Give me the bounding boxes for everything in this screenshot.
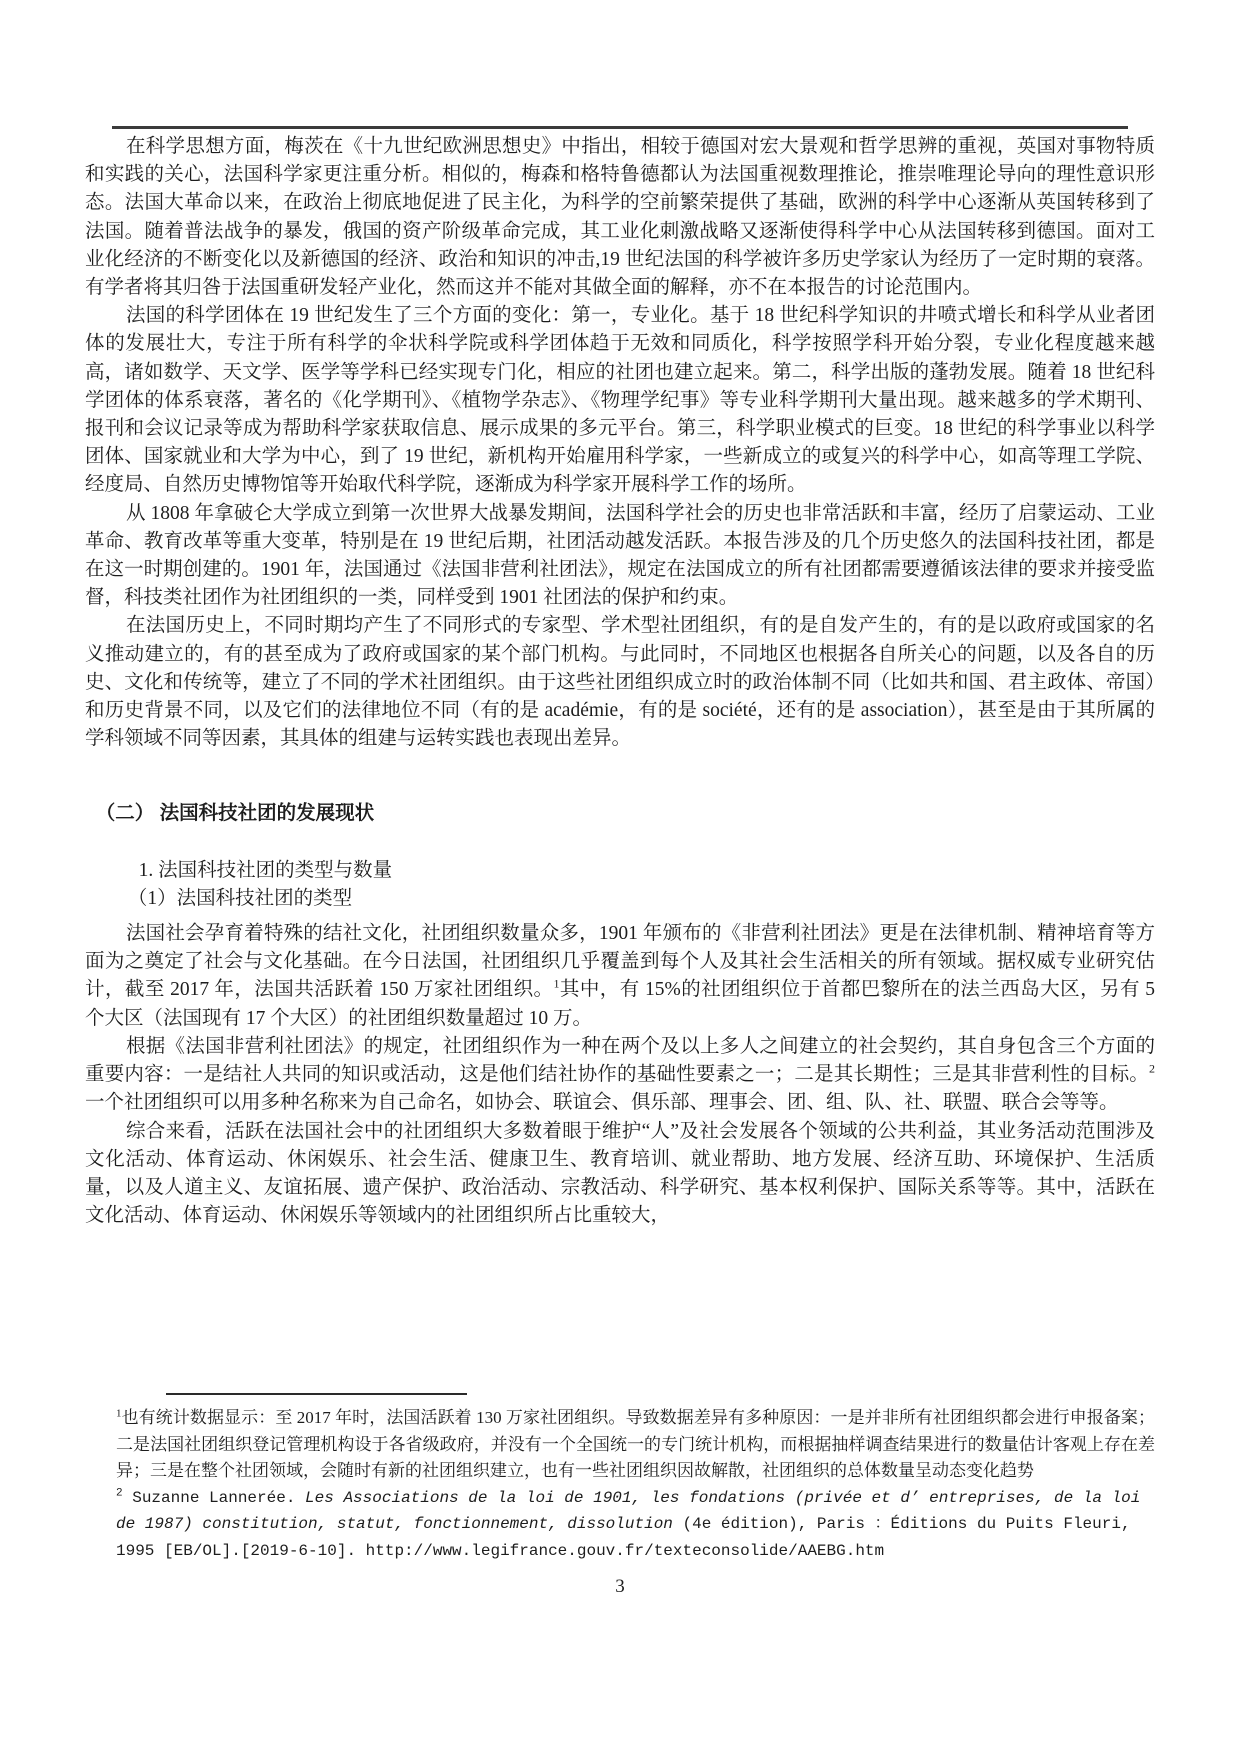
paragraph-1808-history: 从 1808 年拿破仑大学成立到第一次世界大战暴发期间，法国科学社会的历史也非常… [85,500,1155,613]
footnote-1-text: 也有统计数据显示：至 2017 年时，法国活跃着 130 万家社团组织。导致数据… [116,1408,1155,1480]
footnote-1: 1也有统计数据显示：至 2017 年时，法国活跃着 130 万家社团组织。导致数… [116,1405,1155,1485]
paragraph-three-changes: 法国的科学团体在 19 世纪发生了三个方面的变化：第一，专业化。基于 18 世纪… [85,302,1155,499]
paragraph-association-culture: 法国社会孕育着特殊的结社文化，社团组织数量众多，1901 年颁布的《非营利社团法… [85,920,1155,1033]
header-rule [112,126,1128,129]
footnote-ref-2: 2 [1149,1062,1155,1076]
document-page: 在科学思想方面，梅茨在《十九世纪欧洲思想史》中指出，相较于德国对宏大景观和哲学思… [0,0,1240,1753]
list-item-types: （1）法国科技社团的类型 [85,885,1155,913]
paragraph-overview-domains: 综合来看，活跃在法国社会中的社团组织大多数着眼于维护“人”及社会发展各个领域的公… [85,1118,1155,1231]
page-number: 3 [0,1576,1240,1598]
paragraph-science-thought: 在科学思想方面，梅茨在《十九世纪欧洲思想史》中指出，相较于德国对宏大景观和哲学思… [85,133,1155,302]
page-content: 在科学思想方面，梅茨在《十九世纪欧洲思想史》中指出，相较于德国对宏大景观和哲学思… [85,133,1155,1230]
paragraph-law-definition: 根据《法国非营利社团法》的规定，社团组织作为一种在两个及以上多人之间建立的社会契… [85,1033,1155,1118]
footnote-2: 2 Suzanne Lannerée. Les Associations de … [116,1485,1155,1565]
list-item-types-and-number: 1. 法国科技社团的类型与数量 [85,857,1155,885]
paragraph-society-forms: 在法国历史上，不同时期均产生了不同形式的专家型、学术型社团组织，有的是自发产生的… [85,612,1155,753]
footnote-separator [166,1393,467,1395]
section-heading: （二） 法国科技社团的发展现状 [85,799,1155,827]
footnote-2-url: http://www.legifrance.gouv.fr/texteconso… [366,1542,884,1560]
paragraph-law-definition-cont: 一个社团组织可以用多种名称来为自己命名，如协会、联谊会、俱乐部、理事会、团、组、… [85,1092,1119,1113]
paragraph-law-definition-text: 根据《法国非营利社团法》的规定，社团组织作为一种在两个及以上多人之间建立的社会契… [85,1036,1155,1085]
footnote-2-author: Suzanne Lannerée. [123,1489,305,1507]
footnotes-section: 1也有统计数据显示：至 2017 年时，法国活跃着 130 万家社团组织。导致数… [85,1393,1155,1564]
footnote-2-marker: 2 [116,1487,123,1499]
